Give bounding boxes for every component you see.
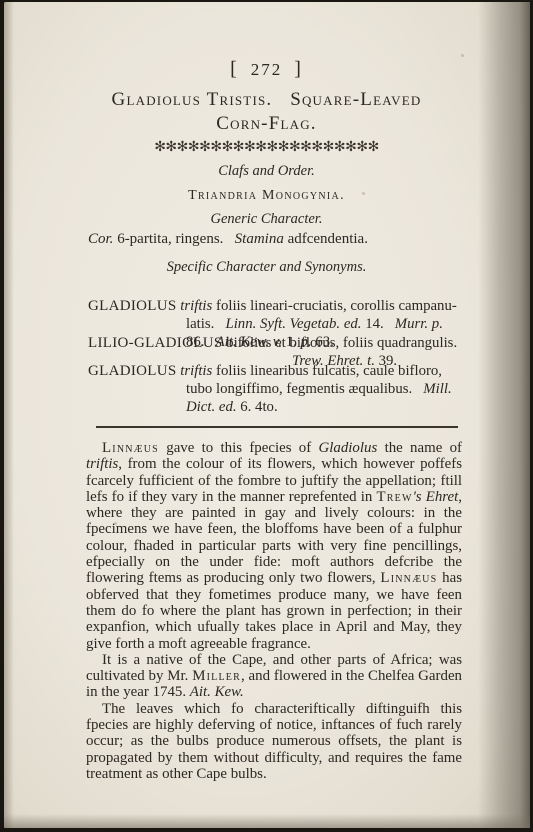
page-title: Gladiolus Tristis. Square-Leaved Corn-Fl… xyxy=(0,88,533,136)
synonym-desc: tubo longiffimo, fegmentis æqualibus. xyxy=(186,381,423,397)
paragraph-1: Linnæus gave to this fpecies of Gladiolu… xyxy=(86,440,462,652)
synonym-desc: foliis lineari-cruciatis, corollis campa… xyxy=(212,298,456,314)
cor-label: Cor. xyxy=(88,231,113,247)
species-name: triftis xyxy=(86,456,118,472)
synonym-desc: 14. xyxy=(362,316,395,332)
author-name: Miller xyxy=(192,668,241,684)
paragraph-3: The leaves which fo characteriftically d… xyxy=(86,701,462,782)
synonym-entry: GLADIOLUS triftis foliis linearibus fulc… xyxy=(88,362,460,416)
paragraph-text: gave to this fpecies of xyxy=(159,440,319,456)
generic-character-text: Cor. 6-partita, ringens. Stamina adfcend… xyxy=(88,231,368,248)
stamina-text: adfcendentia. xyxy=(284,231,368,247)
class-order-heading: Clafs and Order. xyxy=(0,163,533,180)
synonym-epithet: triftis xyxy=(180,363,212,379)
synonym-genus: GLADIOLUS xyxy=(88,363,177,379)
horizontal-rule xyxy=(96,426,458,428)
synonym-reference: Linn. Syft. Vegetab. ed. xyxy=(225,316,361,332)
class-order-value: Triandria Monogynia. xyxy=(0,188,533,204)
work-title: 's Ehret xyxy=(413,489,459,505)
cor-text: 6-partita, ringens. xyxy=(113,231,234,247)
page-bottom-edge-shadow xyxy=(4,814,530,828)
author-name: Linnæus xyxy=(380,570,437,586)
synonym-genus: LILIO-GLADIOLUS xyxy=(88,335,222,351)
synonym-reference: Murr. p. xyxy=(395,316,443,332)
synonym-desc: 6. 4to. xyxy=(237,399,278,415)
synonym-epithet: triftis xyxy=(180,298,212,314)
synonym-reference: Mill. xyxy=(423,381,451,397)
author-name: Trew xyxy=(376,489,412,505)
foxing-spot xyxy=(461,54,464,57)
stamina-label: Stamina xyxy=(235,231,284,247)
page-number: [272] xyxy=(0,58,533,81)
specific-character-heading: Specific Character and Synonyms. xyxy=(0,259,533,276)
genus-name: Gladiolus xyxy=(319,440,378,456)
synonym-reference: Dict. ed. xyxy=(186,399,237,415)
paragraph-text: the name of xyxy=(377,440,462,456)
asterisk-ornament: ✻✻✻✻✻✻✻✻✻✻✻✻✻✻✻✻✻✻✻✻ xyxy=(0,139,533,155)
reference: Ait. Kew. xyxy=(190,684,244,700)
body-text: Linnæus gave to this fpecies of Gladiolu… xyxy=(86,440,462,782)
synonym-desc: latis. xyxy=(186,316,225,332)
author-name: Linnæus xyxy=(102,440,159,456)
bracket-open: [ xyxy=(230,58,239,80)
page-number-value: 272 xyxy=(251,60,283,79)
paragraph-text: The leaves which fo characteriftically d… xyxy=(86,701,462,782)
synonym-desc: foliis linearibus fulcatis, caule biflor… xyxy=(212,363,442,379)
synonym-genus: GLADIOLUS xyxy=(88,298,177,314)
paragraph-2: It is a native of the Cape, and other pa… xyxy=(86,652,462,701)
title-line-2: Corn-Flag. xyxy=(0,112,533,136)
title-line-1: Gladiolus Tristis. Square-Leaved xyxy=(0,88,533,112)
bracket-close: ] xyxy=(294,58,303,80)
generic-character-heading: Generic Character. xyxy=(0,211,533,228)
synonym-desc: bifolius et biflorus, foliis quadranguli… xyxy=(222,335,457,351)
